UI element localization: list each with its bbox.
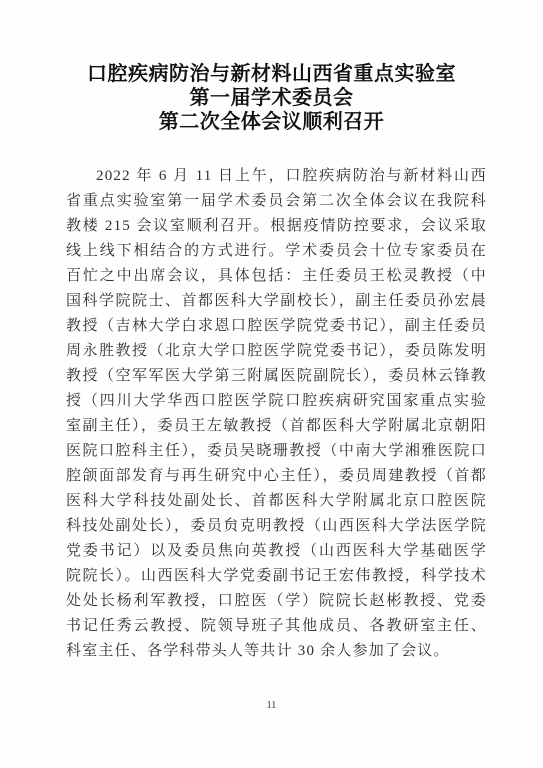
document-page: 口腔疾病防治与新材料山西省重点实验室 第一届学术委员会 第二次全体会议顺利召开 …: [0, 0, 543, 768]
body-paragraph: 2022 年 6 月 11 日上午，口腔疾病防治与新材料山西省重点实验室第一届学…: [66, 164, 487, 664]
title-line-2: 第一届学术委员会: [40, 86, 503, 110]
document-title: 口腔疾病防治与新材料山西省重点实验室 第一届学术委员会 第二次全体会议顺利召开: [0, 62, 543, 134]
page-number: 11: [0, 700, 543, 711]
title-line-3: 第二次全体会议顺利召开: [40, 110, 503, 134]
title-line-1: 口腔疾病防治与新材料山西省重点实验室: [40, 62, 503, 86]
